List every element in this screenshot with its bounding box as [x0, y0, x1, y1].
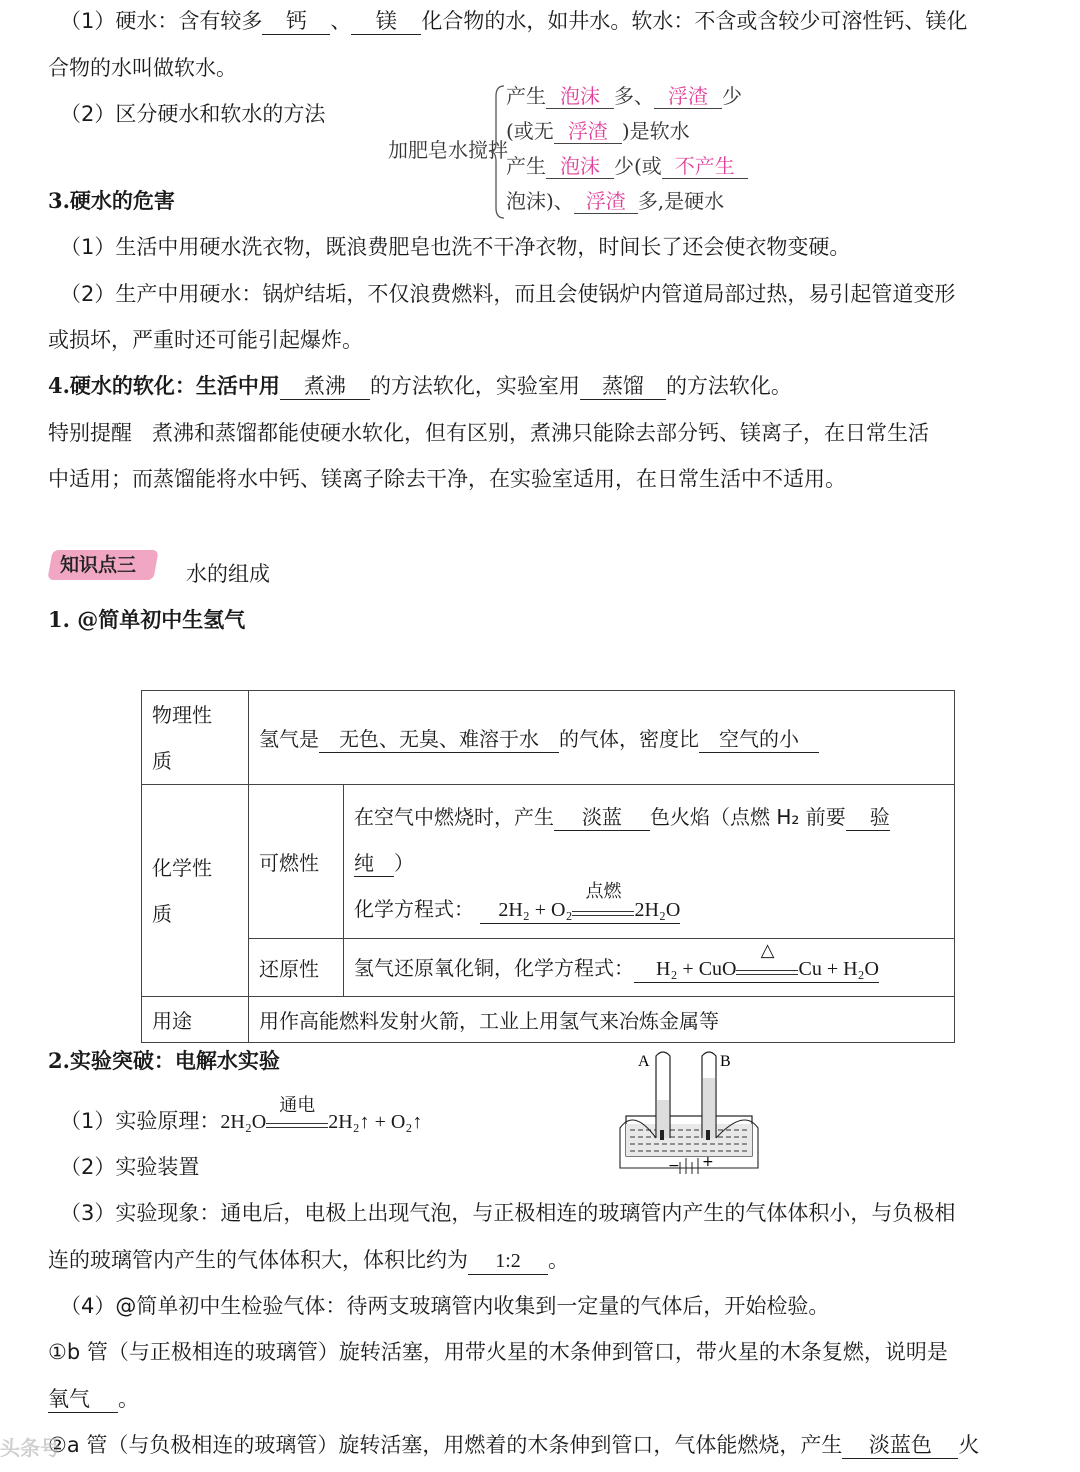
svg-text:−: −	[668, 1158, 680, 1174]
svg-text:+: +	[702, 1154, 714, 1170]
knowledge-title: 水的组成	[186, 559, 270, 589]
combustion-equation: 2H₂ + O₂点燃2H₂O	[480, 897, 680, 924]
cell-use-content: 用作高能燃料发射火箭，工业上用氢气来冶炼金属等	[249, 997, 955, 1043]
gas-test-a: ②a 管（与负极相连的玻璃管）旋转活塞，用燃着的木条伸到管口，气体能燃烧，产生淡…	[48, 1430, 979, 1460]
knowledge-tag: 知识点三	[60, 550, 136, 580]
hydrogen-heading: 1. @简单初中生氢气	[48, 605, 245, 635]
row-use: 用途 用作高能燃料发射火箭，工业上用氢气来冶炼金属等	[142, 997, 955, 1043]
experiment-phenomenon-cont: 连的玻璃管内产生的气体体积大，体积比约为1:2。	[48, 1245, 569, 1275]
hazard-2: （2）生产中用硬水：锅炉结垢，不仅浪费燃料，而且会使锅炉内管道局部过热，易引起管…	[60, 279, 955, 309]
blank-magnesium: 镁	[351, 8, 421, 35]
special-tip-cont: 中适用；而蒸馏能将水中钙、镁离子除去干净，在实验室适用，在日常生活中不适用。	[48, 464, 846, 494]
distinguish-method-label: （2）区分硬水和软水的方法	[60, 99, 325, 129]
gas-test-intro: （4）@简单初中生检验气体：待两支玻璃管内收集到一定量的气体后，开始检验。	[60, 1291, 829, 1321]
row-physical: 物理性质 氢气是无色、无臭、难溶于水的气体，密度比空气的小	[142, 691, 955, 785]
special-tip: 特别提醒 煮沸和蒸馏都能使硬水软化，但有区别，煮沸只能除去部分钙、镁离子，在日常…	[48, 418, 929, 448]
hard-water-definition: （1）硬水：含有较多钙、镁化合物的水，如井水。软水：不含或含较少可溶性钙、镁化	[60, 6, 967, 36]
experiment-apparatus: （2）实验装置	[60, 1152, 199, 1182]
cell-use-label: 用途	[142, 997, 249, 1043]
blank-calcium: 钙	[262, 8, 330, 35]
cell-reduce-content: 氢气还原氧化铜，化学方程式：H₂ + CuO△Cu + H₂O	[344, 939, 955, 997]
row-combustibility: 化学性质 可燃性 在空气中燃烧时，产生淡蓝色火焰（点燃 H₂ 前要验 纯） 化学…	[142, 785, 955, 939]
row-reducibility: 还原性 氢气还原氧化铜，化学方程式：H₂ + CuO△Cu + H₂O	[142, 939, 955, 997]
softening: 4.硬水的软化：生活中用煮沸的方法软化，实验室用蒸馏的方法软化。	[48, 371, 792, 401]
hazard-2-cont: 或损坏，严重时还可能引起爆炸。	[48, 325, 363, 355]
experiment-phenomenon: （3）实验现象：通电后，电极上出现气泡，与正极相连的玻璃管内产生的气体体积小，与…	[60, 1198, 955, 1228]
electrolysis-apparatus-diagram: A B − +	[614, 1048, 764, 1174]
brace-line-4: 泡沫)、浮渣多,是硬水	[506, 187, 724, 215]
label-a: A	[638, 1053, 650, 1070]
brace-icon	[490, 84, 506, 220]
brace-line-3: 产生泡沫少(或不产生	[506, 152, 748, 180]
reduction-equation: H₂ + CuO△Cu + H₂O	[634, 956, 879, 983]
cell-chemical-label: 化学性质	[142, 785, 249, 997]
experiment-title: 2.实验突破：电解水实验	[48, 1046, 280, 1076]
watermark: 头条号	[0, 1432, 60, 1461]
brace-line-2: (或无浮渣)是软水	[506, 117, 690, 145]
label-b: B	[720, 1053, 731, 1070]
gas-test-b-result: 氧气。	[48, 1384, 139, 1414]
cell-combust-label: 可燃性	[249, 785, 344, 939]
soft-water-definition: 合物的水叫做软水。	[48, 53, 237, 83]
gas-test-b: ①b 管（与正极相连的玻璃管）旋转活塞，用带火星的木条伸到管口，带火星的木条复燃…	[48, 1337, 948, 1367]
hazard-1: （1）生活中用硬水洗衣物，既浪费肥皂也洗不干净衣物，时间长了还会使衣物变硬。	[60, 232, 850, 262]
brace-line-1: 产生泡沫多、浮渣少	[506, 82, 742, 110]
section-3-title: 3.硬水的危害	[48, 186, 175, 216]
hydrogen-properties-table: 物理性质 氢气是无色、无臭、难溶于水的气体，密度比空气的小 化学性质 可燃性 在…	[141, 690, 955, 1043]
cell-physical-label: 物理性质	[142, 691, 249, 785]
cell-physical-content: 氢气是无色、无臭、难溶于水的气体，密度比空气的小	[249, 691, 955, 785]
experiment-principle: （1）实验原理：2H₂O通电2H₂↑ + O₂↑	[60, 1106, 422, 1137]
cell-combust-content: 在空气中燃烧时，产生淡蓝色火焰（点燃 H₂ 前要验 纯） 化学方程式： 2H₂ …	[344, 785, 955, 939]
cell-reduce-label: 还原性	[249, 939, 344, 997]
